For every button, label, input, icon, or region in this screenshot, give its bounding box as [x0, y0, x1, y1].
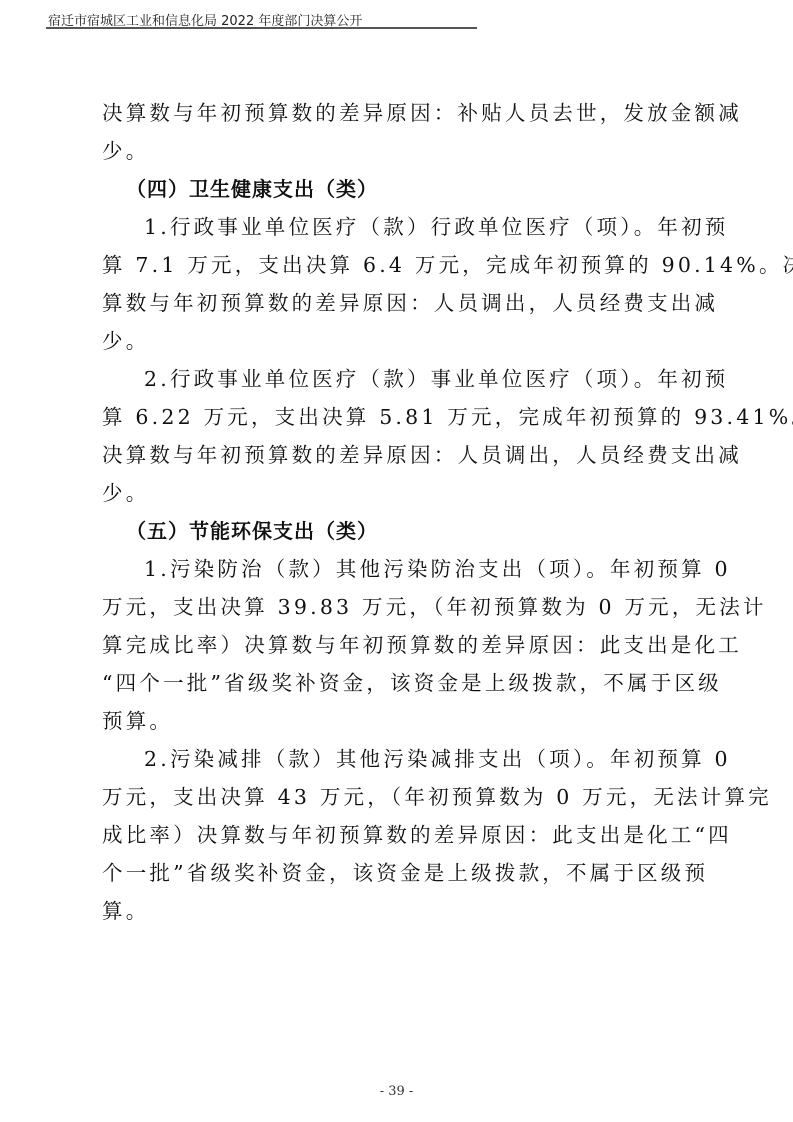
- paragraph-line: 少。: [102, 322, 694, 360]
- section-heading-health: （四）卫生健康支出（类）: [102, 170, 694, 208]
- paragraph-line: 算数与年初预算数的差异原因：人员调出，人员经费支出减: [102, 284, 694, 322]
- paragraph-line: 2.行政事业单位医疗（款）事业单位医疗（项）。年初预: [102, 360, 694, 398]
- header-rule: [46, 27, 477, 29]
- paragraph-line: 决算数与年初预算数的差异原因：人员调出，人员经费支出减: [102, 436, 694, 474]
- paragraph-line: 个一批”省级奖补资金，该资金是上级拨款，不属于区级预: [102, 854, 694, 892]
- paragraph-line: 预算。: [102, 702, 694, 740]
- paragraph-line: 算 7.1 万元，支出决算 6.4 万元，完成年初预算的 90.14%。决: [102, 246, 694, 284]
- paragraph-line: 少。: [102, 132, 694, 170]
- paragraph-line: 万元，支出决算 43 万元，（年初预算数为 0 万元，无法计算完: [102, 778, 694, 816]
- page-body: 决算数与年初预算数的差异原因：补贴人员去世，发放金额减 少。 （四）卫生健康支出…: [102, 94, 694, 930]
- paragraph-line: 算完成比率）决算数与年初预算数的差异原因：此支出是化工: [102, 626, 694, 664]
- paragraph-line: 2.污染减排（款）其他污染减排支出（项）。年初预算 0: [102, 740, 694, 778]
- paragraph-line: “四个一批”省级奖补资金，该资金是上级拨款，不属于区级: [102, 664, 694, 702]
- paragraph-line: 决算数与年初预算数的差异原因：补贴人员去世，发放金额减: [102, 94, 694, 132]
- page-number: - 39 -: [0, 1084, 793, 1099]
- paragraph-line: 万元，支出决算 39.83 万元，（年初预算数为 0 万元，无法计: [102, 588, 694, 626]
- paragraph-line: 少。: [102, 474, 694, 512]
- paragraph-line: 算。: [102, 892, 694, 930]
- paragraph-line: 算 6.22 万元，支出决算 5.81 万元，完成年初预算的 93.41%。: [102, 398, 694, 436]
- section-heading-environment: （五）节能环保支出（类）: [102, 512, 694, 550]
- paragraph-line: 1.行政事业单位医疗（款）行政单位医疗（项）。年初预: [102, 208, 694, 246]
- paragraph-line: 成比率）决算数与年初预算数的差异原因：此支出是化工“四: [102, 816, 694, 854]
- paragraph-line: 1.污染防治（款）其他污染防治支出（项）。年初预算 0: [102, 550, 694, 588]
